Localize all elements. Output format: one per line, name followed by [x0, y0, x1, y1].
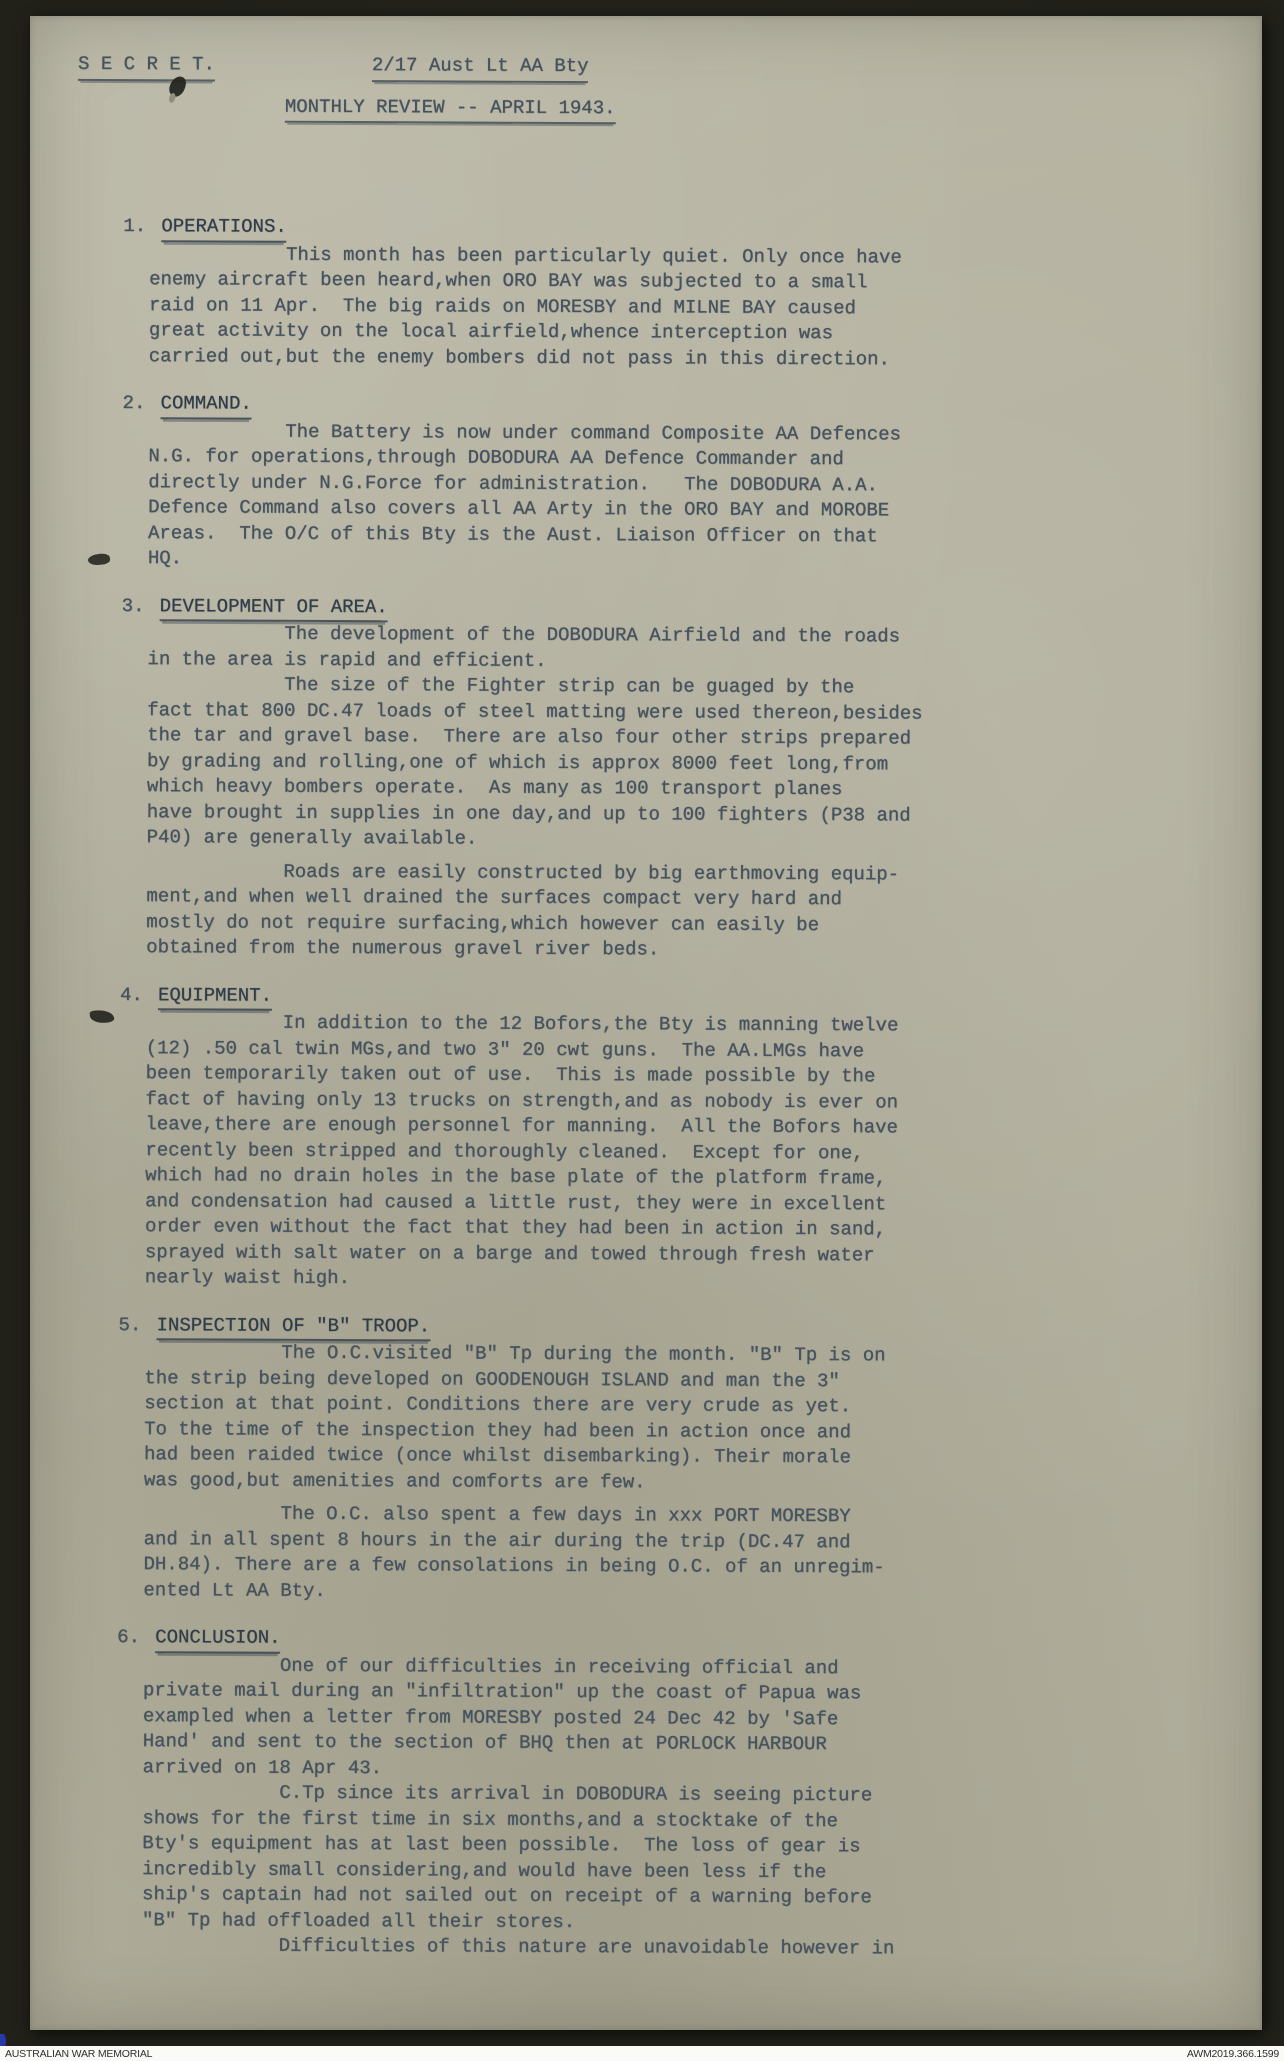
section-equipment: 4. EQUIPMENT. In addition to the 12 Bofo… — [25, 982, 1258, 1295]
section-command: 2. COMMAND. The Battery is now under com… — [28, 391, 1261, 577]
scan-background: S E C R E T. 2/17 Aust Lt AA Bty MONTHLY… — [0, 0, 1284, 2061]
section-heading: OPERATIONS. — [161, 214, 287, 242]
section-heading: INSPECTION OF "B" TROOP. — [156, 1313, 430, 1342]
section-conclusion: 6. CONCLUSION. One of our difficulties i… — [22, 1625, 1255, 1964]
archive-name: AUSTRALIAN WAR MEMORIAL — [5, 2048, 152, 2060]
paragraph: The O.C.visited "B" Tp during the month.… — [144, 1340, 1257, 1498]
document-title-row: MONTHLY REVIEW -- APRIL 1943. — [30, 93, 1262, 127]
reference-number: AWM2019.366.1599 — [1187, 2048, 1279, 2060]
section-heading: CONCLUSION. — [155, 1625, 281, 1653]
archive-footer-bar: AUSTRALIAN WAR MEMORIAL AWM2019.366.1599 — [0, 2046, 1284, 2061]
classification-stamp: S E C R E T. — [78, 52, 215, 81]
paragraph: Roads are easily constructed by big eart… — [146, 859, 1258, 966]
paragraph: This month has been particularly quiet. … — [149, 242, 1262, 374]
paragraph: The development of the DOBODURA Airfield… — [147, 621, 1259, 677]
section-inspection-of-b-troop: 5. INSPECTION OF "B" TROOP. The O.C.visi… — [23, 1312, 1256, 1608]
typed-content: S E C R E T. 2/17 Aust Lt AA Bty MONTHLY… — [22, 16, 1262, 1964]
paragraph: C.Tp since its arrival in DOBODURA is se… — [142, 1780, 1255, 1938]
document-title: MONTHLY REVIEW -- APRIL 1943. — [285, 94, 616, 124]
section-heading: EQUIPMENT. — [158, 983, 272, 1011]
paragraph: The size of the Fighter strip can be gua… — [147, 672, 1260, 855]
section-heading: COMMAND. — [161, 391, 252, 419]
section-number: 3. — [122, 594, 160, 620]
section-development-of-area: 3. DEVELOPMENT OF AREA. The development … — [26, 593, 1260, 965]
section-heading: DEVELOPMENT OF AREA. — [160, 594, 388, 622]
section-number: 5. — [118, 1313, 156, 1339]
document-header: S E C R E T. 2/17 Aust Lt AA Bty — [30, 52, 1262, 86]
paragraph: The O.C. also spent a few days in xxx PO… — [143, 1501, 1255, 1608]
paragraph: One of our difficulties in receiving off… — [143, 1653, 1256, 1785]
section-number: 2. — [123, 391, 161, 417]
section-number: 4. — [120, 983, 158, 1009]
paragraph: In addition to the 12 Bofors,the Bty is … — [145, 1010, 1258, 1295]
document-body: 1. OPERATIONS. This month has been parti… — [22, 214, 1262, 1964]
section-number: 1. — [123, 214, 161, 240]
document-page: S E C R E T. 2/17 Aust Lt AA Bty MONTHLY… — [30, 16, 1262, 2030]
section-operations: 1. OPERATIONS. This month has been parti… — [29, 214, 1262, 374]
paragraph: The Battery is now under command Composi… — [148, 419, 1261, 577]
unit-title: 2/17 Aust Lt AA Bty — [372, 53, 589, 82]
section-number: 6. — [117, 1625, 155, 1651]
paragraph: Difficulties of this nature are unavoida… — [142, 1933, 1254, 1963]
